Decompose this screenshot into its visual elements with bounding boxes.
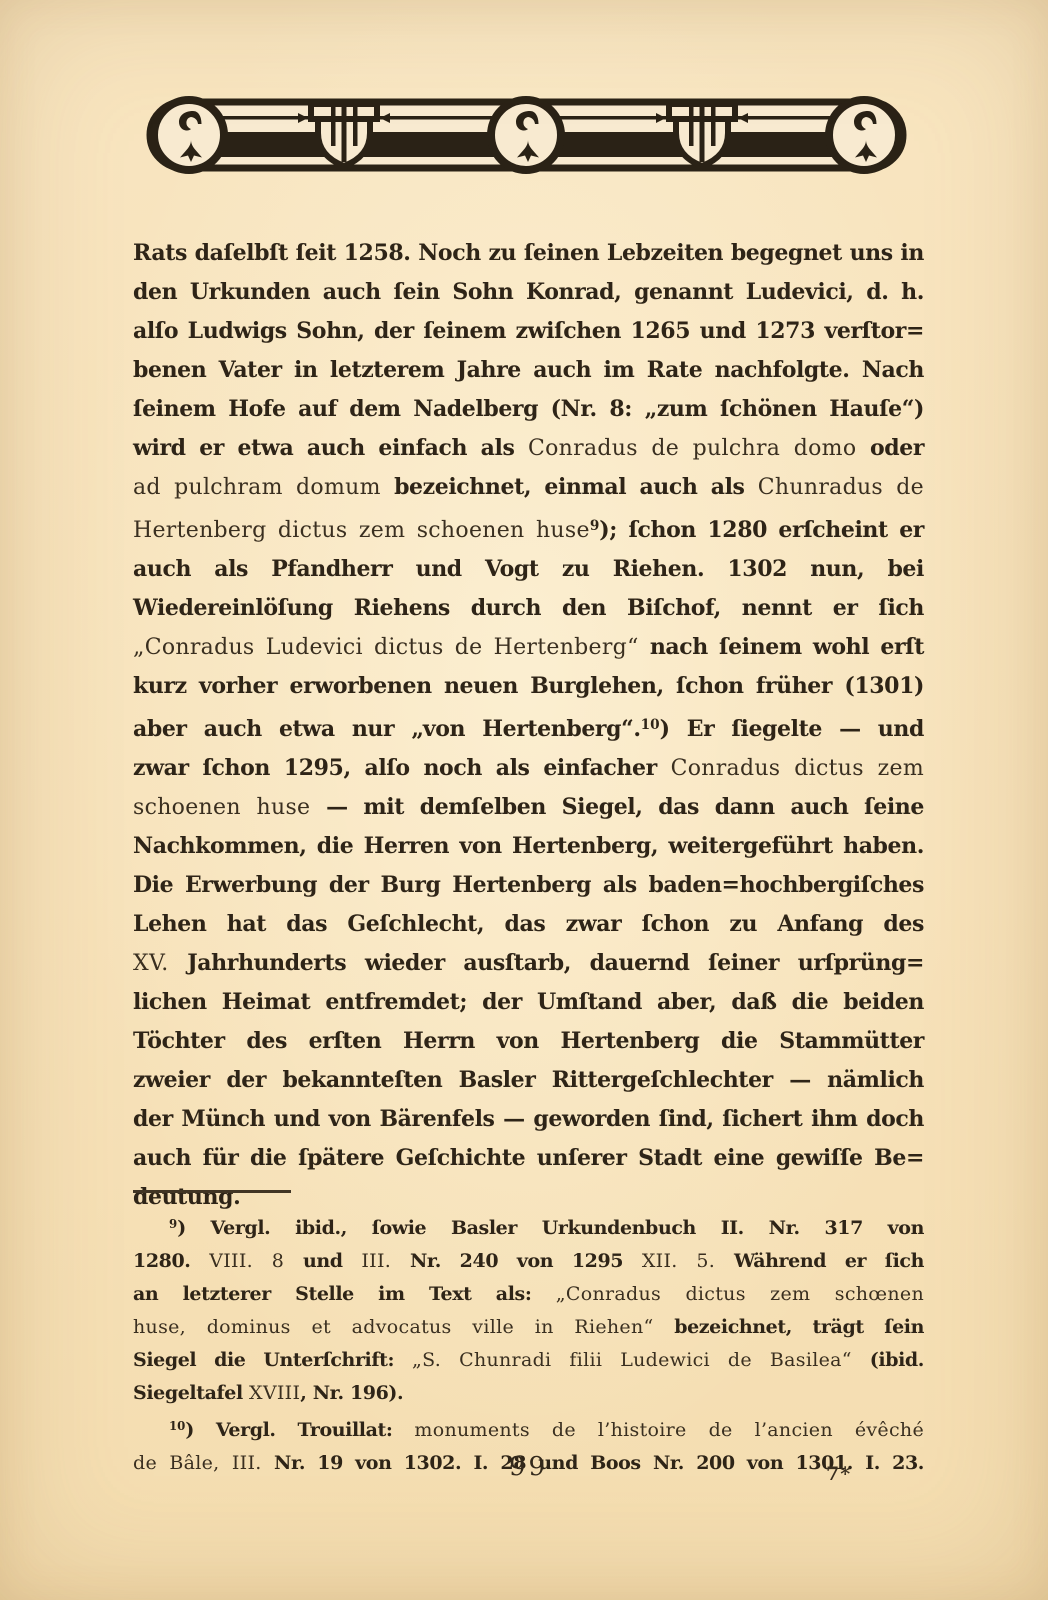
fraktur-text-segment: zwar ſchon 1295, alſo noch als einfacher: [133, 755, 671, 781]
fraktur-text-segment: (ibid.: [870, 1349, 924, 1371]
text-line: benen Vater in letzterem Jahre auch im R…: [133, 351, 924, 390]
fraktur-text-segment: und: [303, 1250, 361, 1272]
fraktur-text-segment: Siegel die Unterſchrift:: [133, 1349, 412, 1371]
text-line: lichen Heimat entfremdet; der Umſtand ab…: [133, 983, 924, 1022]
fraktur-text-segment: ) Vergl. ibid., ſowie Basler Urkundenbuc…: [177, 1217, 924, 1239]
fraktur-text-segment: Wiedereinlöſung Riehens durch den Biſcho…: [133, 595, 924, 621]
text-line: Nachkommen, die Herren von Hertenberg, w…: [133, 827, 924, 866]
fraktur-text-segment: , Nr. 196).: [300, 1382, 403, 1404]
text-line: „Conradus Ludevici dictus de Hertenberg“…: [133, 628, 924, 667]
fraktur-text-segment: der Münch und von Bärenfels — geworden ſ…: [133, 1106, 924, 1132]
antiqua-text-segment: „S. Chunradi filii Ludewici de Basilea“: [412, 1349, 870, 1371]
fraktur-text-segment: auch als Pfandherr und Vogt zu Riehen. 1…: [133, 556, 924, 582]
text-line: ſeinem Hofe auf dem Nadelberg (Nr. 8: „z…: [133, 390, 924, 429]
fraktur-text-segment: — mit demſelben Siegel, das dann auch ſe…: [326, 794, 924, 820]
header-ornament-basel-staff-band: [144, 92, 909, 178]
fraktur-text-segment: Lehen hat das Geſchlecht, das zwar ſchon…: [133, 911, 924, 937]
antiqua-text-segment: XII. 5.: [642, 1250, 734, 1272]
antiqua-text-segment: ad pulchram domum: [133, 475, 394, 500]
ornament-medallion-left: [154, 100, 224, 170]
text-line: Siegeltafel XVIII, Nr. 196).: [133, 1377, 924, 1410]
fraktur-text-segment: ) Er ſiegelte — und: [660, 716, 924, 742]
fraktur-text-segment: bezeichnet, einmal auch als: [394, 474, 758, 500]
text-line: Lehen hat das Geſchlecht, das zwar ſchon…: [133, 905, 924, 944]
fraktur-text-segment: ); ſchon 1280 erſcheint er: [599, 517, 924, 543]
text-line: XV. Jahrhunderts wieder ausſtarb, dauern…: [133, 944, 924, 983]
text-line: 10) Vergl. Trouillat: monuments de l’his…: [133, 1410, 924, 1447]
fraktur-text-segment: Die Erwerbung der Burg Hertenberg als ba…: [133, 872, 924, 898]
antiqua-text-segment: huse, dominus et advocatus ville in Rieh…: [133, 1316, 674, 1338]
fraktur-text-segment: Siegeltafel: [133, 1382, 249, 1404]
fraktur-text-segment: Töchter des erſten Herrn von Hertenberg …: [133, 1028, 924, 1054]
fraktur-text-segment: aber auch etwa nur „von Hertenberg“.: [133, 716, 641, 742]
footnote-marker: 9: [590, 518, 599, 534]
fraktur-text-segment: wird er etwa auch einfach als: [133, 435, 528, 461]
text-line: schoenen huse — mit demſelben Siegel, da…: [133, 788, 924, 827]
antiqua-text-segment: III.: [361, 1250, 410, 1272]
antiqua-text-segment: Hertenberg dictus zem schoenen huse: [133, 518, 590, 543]
fraktur-text-segment: bezeichnet, trägt ſein: [674, 1316, 924, 1338]
antiqua-text-segment: VIII. 8: [209, 1250, 303, 1272]
text-line: 1280. VIII. 8 und III. Nr. 240 von 1295 …: [133, 1245, 924, 1278]
text-line: an letzterer Stelle im Text als: „Conrad…: [133, 1278, 924, 1311]
book-page-scan: { "header": { "ornament_icon": "basel-st…: [0, 0, 1048, 1600]
fraktur-text-segment: zweier der bekannteſten Basler Rittergeſ…: [133, 1067, 924, 1093]
fraktur-text-segment: an letzterer Stelle im Text als:: [133, 1283, 556, 1305]
fraktur-text-segment: benen Vater in letzterem Jahre auch im R…: [133, 357, 924, 383]
antiqua-text-segment: schoenen huse: [133, 795, 326, 820]
antiqua-text-segment: Conradus de pulchra domo: [528, 436, 870, 461]
text-line: Rats daſelbſt ſeit 1258. Noch zu ſeinen …: [133, 234, 924, 273]
fraktur-text-segment: Jahrhunderts wieder ausſtarb, dauernd ſe…: [187, 950, 924, 976]
text-line: kurz vorher erworbenen neuen Burglehen, …: [133, 667, 924, 706]
text-line: huse, dominus et advocatus ville in Rieh…: [133, 1311, 924, 1344]
text-line: wird er etwa auch einfach als Conradus d…: [133, 429, 924, 468]
antiqua-text-segment: Chunradus de: [758, 475, 924, 500]
text-line: Die Erwerbung der Burg Hertenberg als ba…: [133, 866, 924, 905]
text-line: 9) Vergl. ibid., ſowie Basler Urkundenbu…: [133, 1208, 924, 1245]
fraktur-text-segment: Nachkommen, die Herren von Hertenberg, w…: [133, 833, 924, 859]
fraktur-text-segment: deutung.: [133, 1184, 240, 1210]
text-line: ad pulchram domum bezeichnet, einmal auc…: [133, 468, 924, 507]
text-line: zwar ſchon 1295, alſo noch als einfacher…: [133, 749, 924, 788]
ornament-medallion-right: [829, 100, 899, 170]
text-line: zweier der bekannteſten Basler Rittergeſ…: [133, 1061, 924, 1100]
antiqua-text-segment: Conradus dictus zem: [671, 756, 924, 781]
fraktur-text-segment: Während er ſich: [734, 1250, 924, 1272]
page-number: 99: [133, 1452, 924, 1482]
fraktur-text-segment: ) Vergl. Trouillat:: [185, 1419, 414, 1441]
fraktur-text-segment: alſo Ludwigs Sohn, der ſeinem zwiſchen 1…: [133, 318, 924, 344]
footnotes-block: 9) Vergl. ibid., ſowie Basler Urkundenbu…: [133, 1208, 924, 1480]
fraktur-text-segment: lichen Heimat entfremdet; der Umſtand ab…: [133, 989, 924, 1015]
text-line: alſo Ludwigs Sohn, der ſeinem zwiſchen 1…: [133, 312, 924, 351]
fraktur-text-segment: 1280.: [133, 1250, 209, 1272]
fraktur-text-segment: den Urkunden auch ſein Sohn Konrad, gena…: [133, 279, 924, 305]
footnote-marker: 10: [641, 717, 660, 733]
body-text: Rats daſelbſt ſeit 1258. Noch zu ſeinen …: [133, 234, 924, 1217]
ornament-medallion-center: [491, 100, 561, 170]
antiqua-text-segment: monuments de l’histoire de l’ancien évêc…: [414, 1419, 924, 1441]
fraktur-text-segment: nach ſeinem wohl erſt: [650, 634, 924, 660]
footnote-marker: 10: [169, 1419, 185, 1433]
fraktur-text-segment: Rats daſelbſt ſeit 1258. Noch zu ſeinen …: [133, 240, 924, 266]
antiqua-text-segment: „Conradus Ludevici dictus de Hertenberg“: [133, 635, 650, 660]
text-line: auch für die ſpätere Geſchichte unſerer …: [133, 1139, 924, 1178]
antiqua-text-segment: „Conradus dictus zem schœnen: [556, 1283, 924, 1305]
fraktur-text-segment: Nr. 240 von 1295: [410, 1250, 642, 1272]
text-line: aber auch etwa nur „von Hertenberg“.10) …: [133, 706, 924, 749]
footnote-marker: 9: [169, 1217, 177, 1231]
footnote-separator-rule: [133, 1190, 291, 1193]
text-line: Wiedereinlöſung Riehens durch den Biſcho…: [133, 589, 924, 628]
antiqua-text-segment: XV.: [133, 951, 187, 976]
text-line: Hertenberg dictus zem schoenen huse9); ſ…: [133, 507, 924, 550]
fraktur-text-segment: auch für die ſpätere Geſchichte unſerer …: [133, 1145, 924, 1171]
fraktur-text-segment: ſeinem Hofe auf dem Nadelberg (Nr. 8: „z…: [133, 396, 924, 422]
fraktur-text-segment: kurz vorher erworbenen neuen Burglehen, …: [133, 673, 924, 699]
text-line: der Münch und von Bärenfels — geworden ſ…: [133, 1100, 924, 1139]
text-line: den Urkunden auch ſein Sohn Konrad, gena…: [133, 273, 924, 312]
text-line: auch als Pfandherr und Vogt zu Riehen. 1…: [133, 550, 924, 589]
text-line: Siegel die Unterſchrift: „S. Chunradi fi…: [133, 1344, 924, 1377]
signature-mark: 7*: [826, 1463, 851, 1485]
fraktur-text-segment: oder: [870, 435, 924, 461]
text-line: Töchter des erſten Herrn von Hertenberg …: [133, 1022, 924, 1061]
antiqua-text-segment: XVIII: [249, 1382, 300, 1404]
